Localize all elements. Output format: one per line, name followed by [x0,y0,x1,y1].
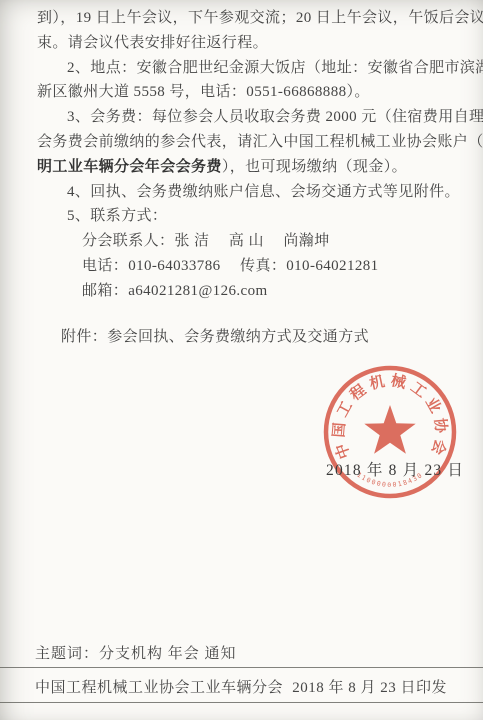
body-text: 新区徽州大道 5558 号，电话：0551-66868888）。 [37,84,370,100]
document-body: 到），19 日上午会议，下午参观交流；20 日上午会议，午饭后会议结束。请会议代… [37,6,461,349]
footer-issuer-row: 中国工程机械工业协会工业车辆分会 2018 年 8 月 23 日印发 [35,676,447,697]
body-text: 4、回执、会务费缴纳账户信息、会场交通方式等见附件。 [67,184,460,200]
body-text: 5、联系方式： [67,208,167,224]
emphasis-text: 明工业车辆分会年会会务费 [37,159,222,175]
document-line: 附件：参会回执、会务费缴纳方式及交通方式 [37,325,461,350]
document-line: 5、联系方式： [37,204,461,229]
document-line: 2、地点：安徽合肥世纪金源大饭店（地址：安徽省合肥市滨湖 [37,56,461,81]
body-text: 分会联系人：张 洁 高 山 尚瀚坤 [82,233,330,249]
document-line: 3、会务费：每位参会人员收取会务费 2000 元（住宿费用自理）。 [37,105,461,130]
issuer-name: 中国工程机械工业协会工业车辆分会 [35,676,283,697]
body-text: 邮箱：a64021281@126.com [82,283,268,299]
document-line: 束。请会议代表安排好往返行程。 [37,31,461,56]
subject-keywords: 主题词：分支机构 年会 通知 [35,642,237,663]
document-line: 新区徽州大道 5558 号，电话：0551-66868888）。 [37,80,461,105]
document-line: 4、回执、会务费缴纳账户信息、会场交通方式等见附件。 [37,180,461,205]
body-text: 2、地点：安徽合肥世纪金源大饭店（地址：安徽省合肥市滨湖 [67,60,483,76]
body-text: 3、会务费：每位参会人员收取会务费 2000 元（住宿费用自理）。 [67,109,483,125]
document-line: 到），19 日上午会议，下午参观交流；20 日上午会议，午饭后会议结 [37,6,461,31]
document-line: 电话：010-64033786 传真：010-64021281 [37,254,461,279]
document-line: 分会联系人：张 洁 高 山 尚瀚坤 [37,229,461,254]
print-date: 2018 年 8 月 23 日印发 [292,676,447,697]
footer-divider-top [0,667,483,668]
document-line: 邮箱：a64021281@126.com [37,279,461,304]
seal-star-icon [364,405,415,454]
body-text: 束。请会议代表安排好往返行程。 [37,35,268,51]
body-text: 附件：参会回执、会务费缴纳方式及交通方式 [61,329,369,345]
document-date: 2018 年 8 月 23 日 [326,458,464,480]
scanned-document-page: 到），19 日上午会议，下午参观交流；20 日上午会议，午饭后会议结束。请会议代… [0,0,483,720]
document-line: 明工业车辆分会年会会务费），也可现场缴纳（现金）。 [37,155,461,180]
body-text: 到），19 日上午会议，下午参观交流；20 日上午会议，午饭后会议结 [37,10,483,26]
official-seal: 中国工程机械工业协会 1100000018430 [317,360,467,510]
document-line: 会务费会前缴纳的参会代表，请汇入中国工程机械工业协会账户（注 [37,130,461,155]
body-text: 会务费会前缴纳的参会代表，请汇入中国工程机械工业协会账户（ [37,134,483,150]
body-text: 电话：010-64033786 传真：010-64021281 [82,258,379,274]
body-text: ），也可现场缴纳（现金）。 [222,159,407,175]
footer-divider-bottom [0,702,483,703]
